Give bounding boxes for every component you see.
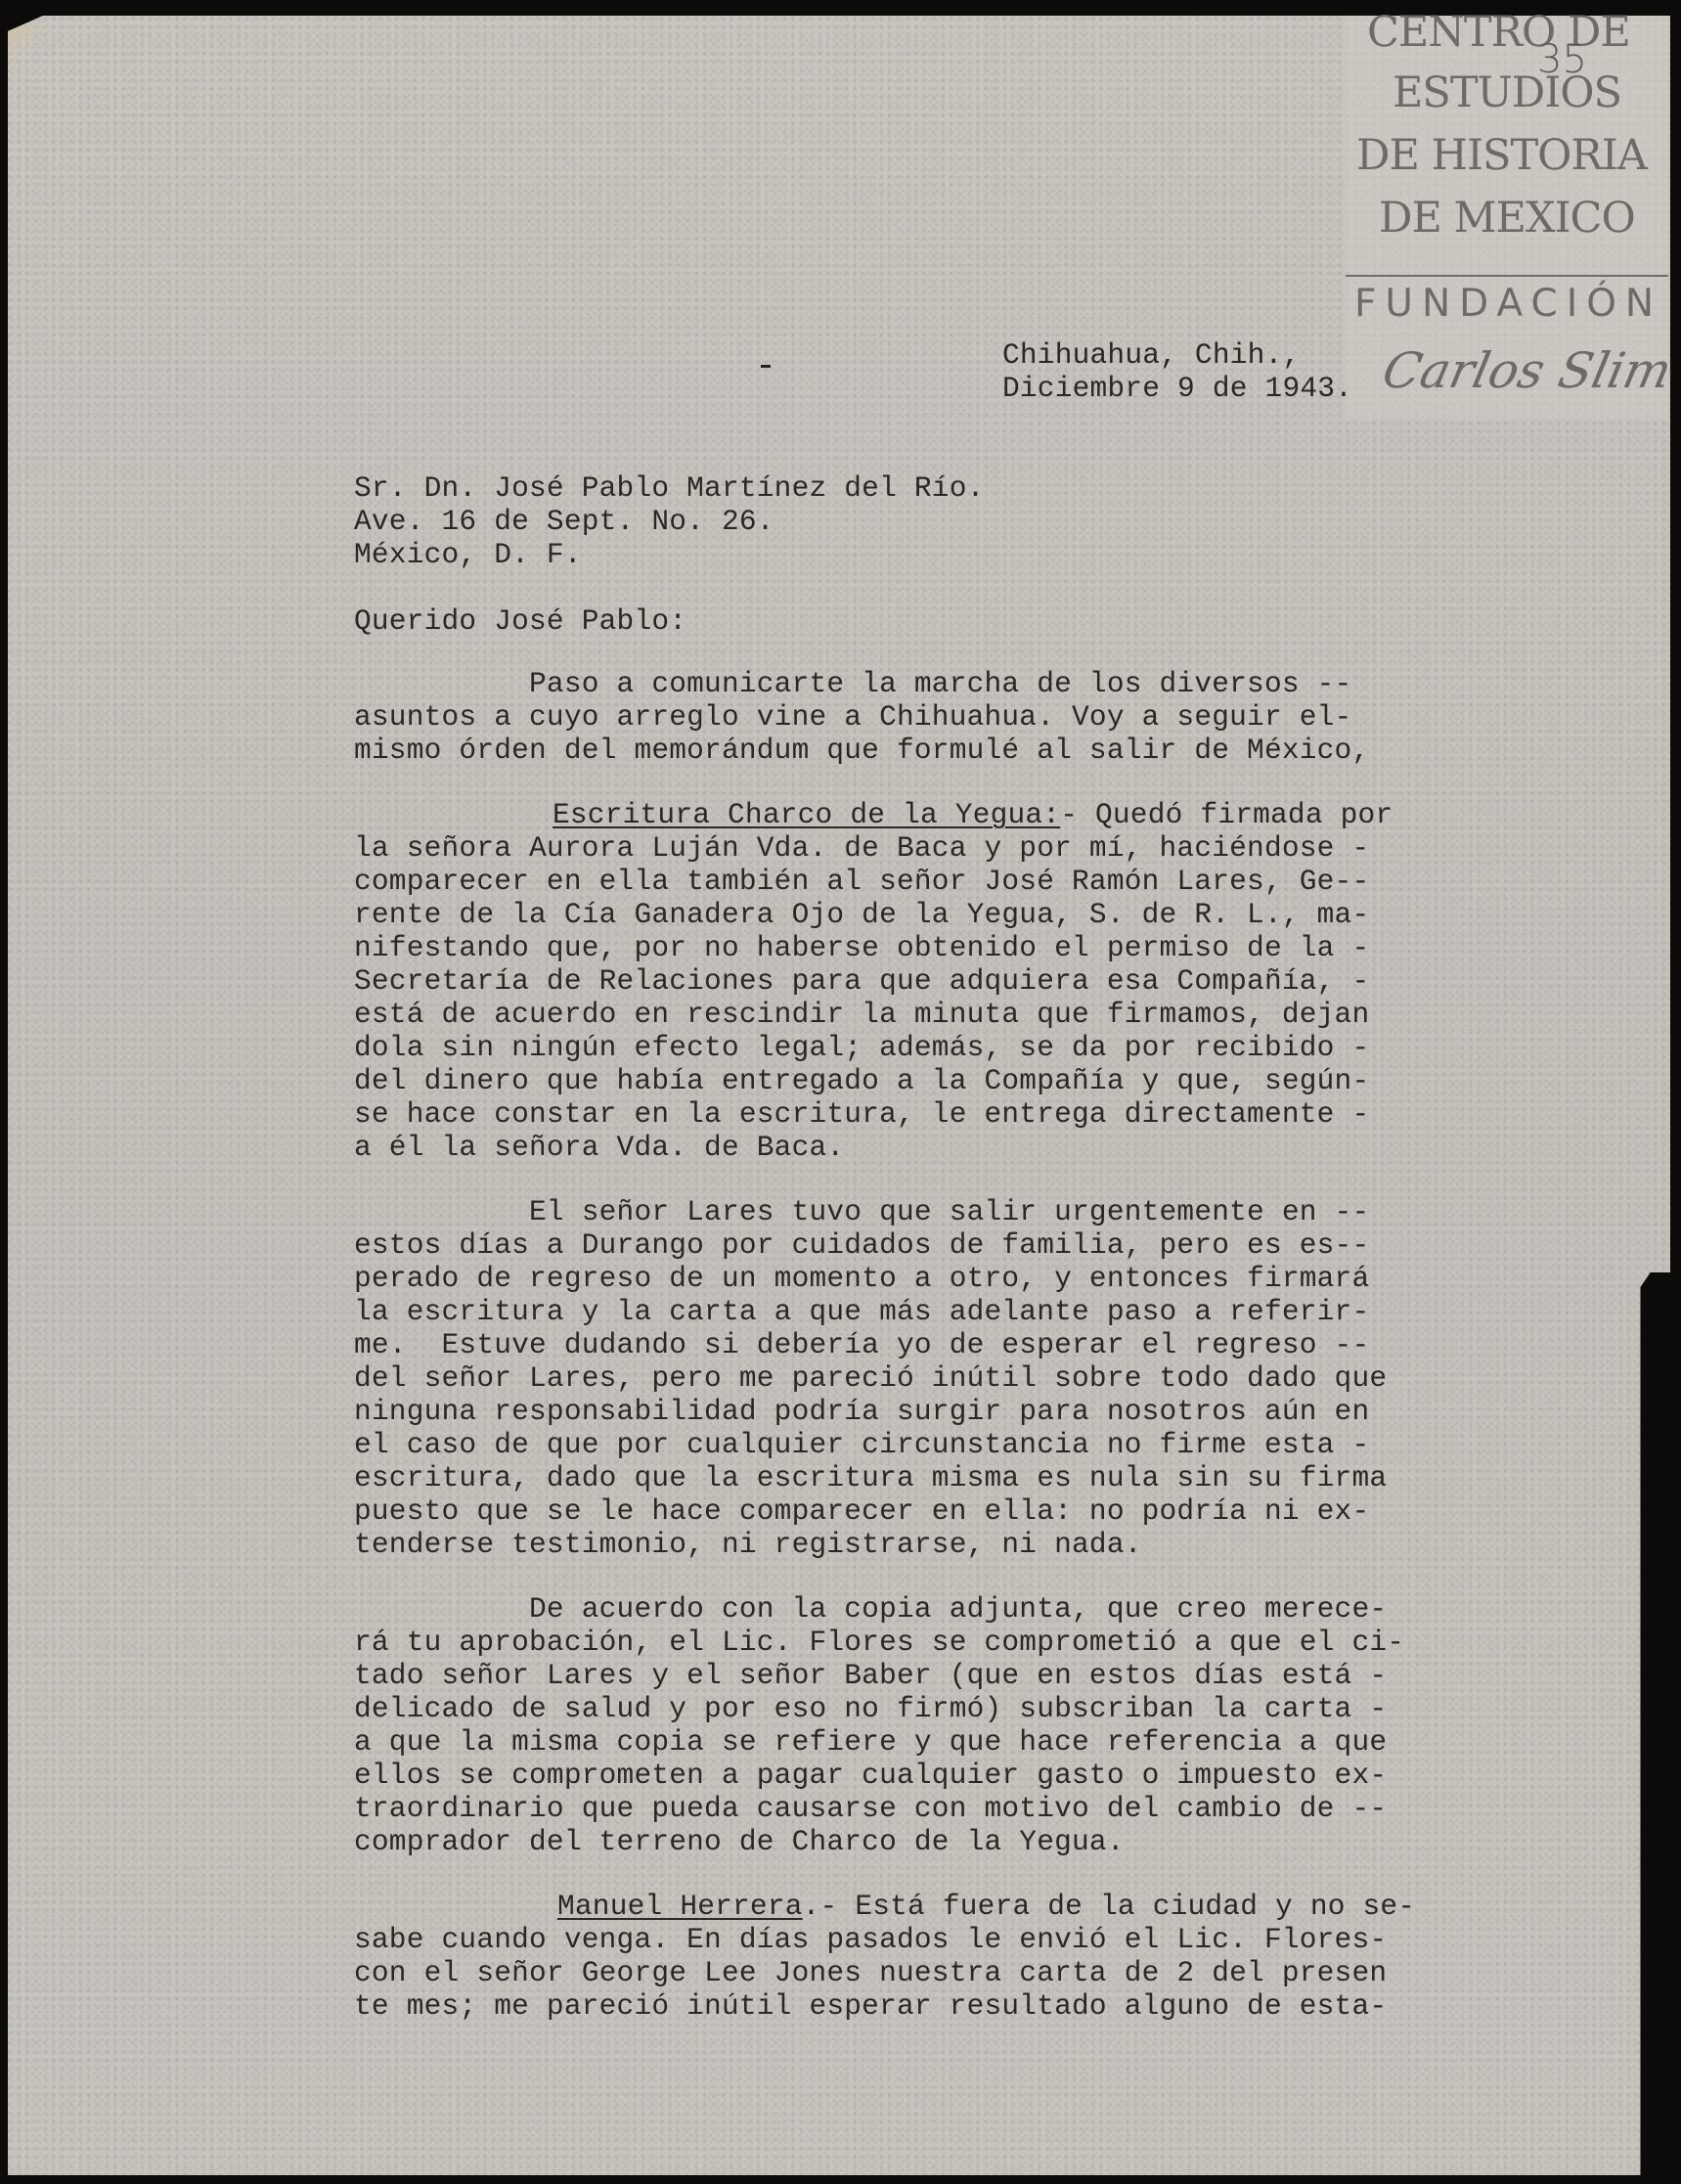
- text-line: estos días a Durango por cuidados de fam…: [354, 1228, 1369, 1262]
- stray-mark: [761, 365, 771, 368]
- text-line: asuntos a cuyo arreglo vine a Chihuahua.…: [354, 700, 1351, 734]
- text-line: con el señor George Lee Jones nuestra ca…: [354, 1956, 1387, 1989]
- letter-place: Chihuahua, Chih.,: [1002, 338, 1300, 372]
- text-line: te mes; me pareció inútil esperar result…: [354, 1989, 1387, 2023]
- text-line: tenderse testimonio, ni registrarse, ni …: [354, 1528, 1142, 1561]
- text-line: El señor Lares tuvo que salir urgentemen…: [354, 1195, 1369, 1228]
- stamp-line-1: CENTRO DE: [1367, 8, 1630, 57]
- text-line: comprador del terreno de Charco de la Ye…: [354, 1825, 1125, 1858]
- text-line: traordinario que pueda causarse con moti…: [354, 1792, 1387, 1825]
- text-line: rá tu aprobación, el Lic. Flores se comp…: [354, 1626, 1404, 1659]
- section-heading: Manuel Herrera: [557, 1890, 803, 1923]
- text-line: rente de la Cía Ganadera Ojo de la Yegua…: [354, 898, 1369, 931]
- stamp-line-4: DE MEXICO: [1379, 194, 1635, 243]
- salutation: Querido José Pablo:: [354, 604, 686, 638]
- text-line: la señora Aurora Luján Vda. de Baca y po…: [354, 831, 1369, 865]
- text-fragment: .- Está fuera de la ciudad y no se-: [803, 1890, 1416, 1923]
- stamp-divider: [1346, 275, 1668, 277]
- text-line: puesto que se le hace comparecer en ella…: [354, 1494, 1369, 1528]
- section-heading-line: Manuel Herrera.- Está fuera de la ciudad…: [557, 1890, 1415, 1923]
- text-fragment: - Quedó firmada por: [1060, 798, 1393, 831]
- folio-number: 35: [1537, 37, 1587, 82]
- text-line: mismo órden del memorándum que formulé a…: [354, 734, 1369, 767]
- text-line: ninguna responsabilidad podría surgir pa…: [354, 1395, 1369, 1428]
- text-line: tado señor Lares y el señor Baber (que e…: [354, 1659, 1387, 1692]
- text-line: a que la misma copia se refiere y que ha…: [354, 1725, 1387, 1759]
- text-line: del señor Lares, pero me pareció inútil …: [354, 1361, 1387, 1395]
- text-line: dola sin ningún efecto legal; además, se…: [354, 1031, 1369, 1064]
- text-line: se hace constar en la escritura, le entr…: [354, 1097, 1369, 1131]
- recipient-name: Sr. Dn. José Pablo Martínez del Río.: [354, 471, 985, 505]
- stamp-line-3: DE HISTORIA: [1356, 131, 1647, 180]
- section-heading: Escritura Charco de la Yegua:: [553, 798, 1060, 831]
- section-heading-line: Escritura Charco de la Yegua:- Quedó fir…: [553, 798, 1393, 831]
- recipient-city: México, D. F.: [354, 538, 582, 571]
- letter-date: Diciembre 9 de 1943.: [1002, 372, 1352, 405]
- text-line: escritura, dado que la escritura misma e…: [354, 1461, 1387, 1494]
- text-line: a él la señora Vda. de Baca.: [354, 1131, 844, 1164]
- text-line: De acuerdo con la copia adjunta, que cre…: [354, 1592, 1387, 1626]
- text-line: delicado de salud y por eso no firmó) su…: [354, 1692, 1387, 1725]
- text-line: perado de regreso de un momento a otro, …: [354, 1262, 1369, 1295]
- recipient-address: Ave. 16 de Sept. No. 26.: [354, 505, 774, 538]
- text-line: Secretaría de Relaciones para que adquie…: [354, 964, 1369, 998]
- text-line: nifestando que, por no haberse obtenido …: [354, 931, 1369, 964]
- text-line: ellos se comprometen a pagar cualquier g…: [354, 1759, 1387, 1792]
- text-line: el caso de que por cualquier circunstanc…: [354, 1428, 1369, 1461]
- text-line: Paso a comunicarte la marcha de los dive…: [354, 667, 1351, 700]
- text-line: del dinero que había entregado a la Comp…: [354, 1064, 1369, 1097]
- text-line: me. Estuve dudando si debería yo de espe…: [354, 1328, 1369, 1361]
- text-line: la escritura y la carta a que más adelan…: [354, 1295, 1369, 1328]
- text-line: sabe cuando venga. En días pasados le en…: [354, 1923, 1387, 1956]
- stamp-signature: Carlos Slim: [1378, 342, 1677, 399]
- text-line: está de acuerdo en rescindir la minuta q…: [354, 998, 1369, 1031]
- stamp-fundacion: FUNDACIÓN: [1354, 282, 1662, 326]
- text-line: comparecer en ella también al señor José…: [354, 865, 1369, 898]
